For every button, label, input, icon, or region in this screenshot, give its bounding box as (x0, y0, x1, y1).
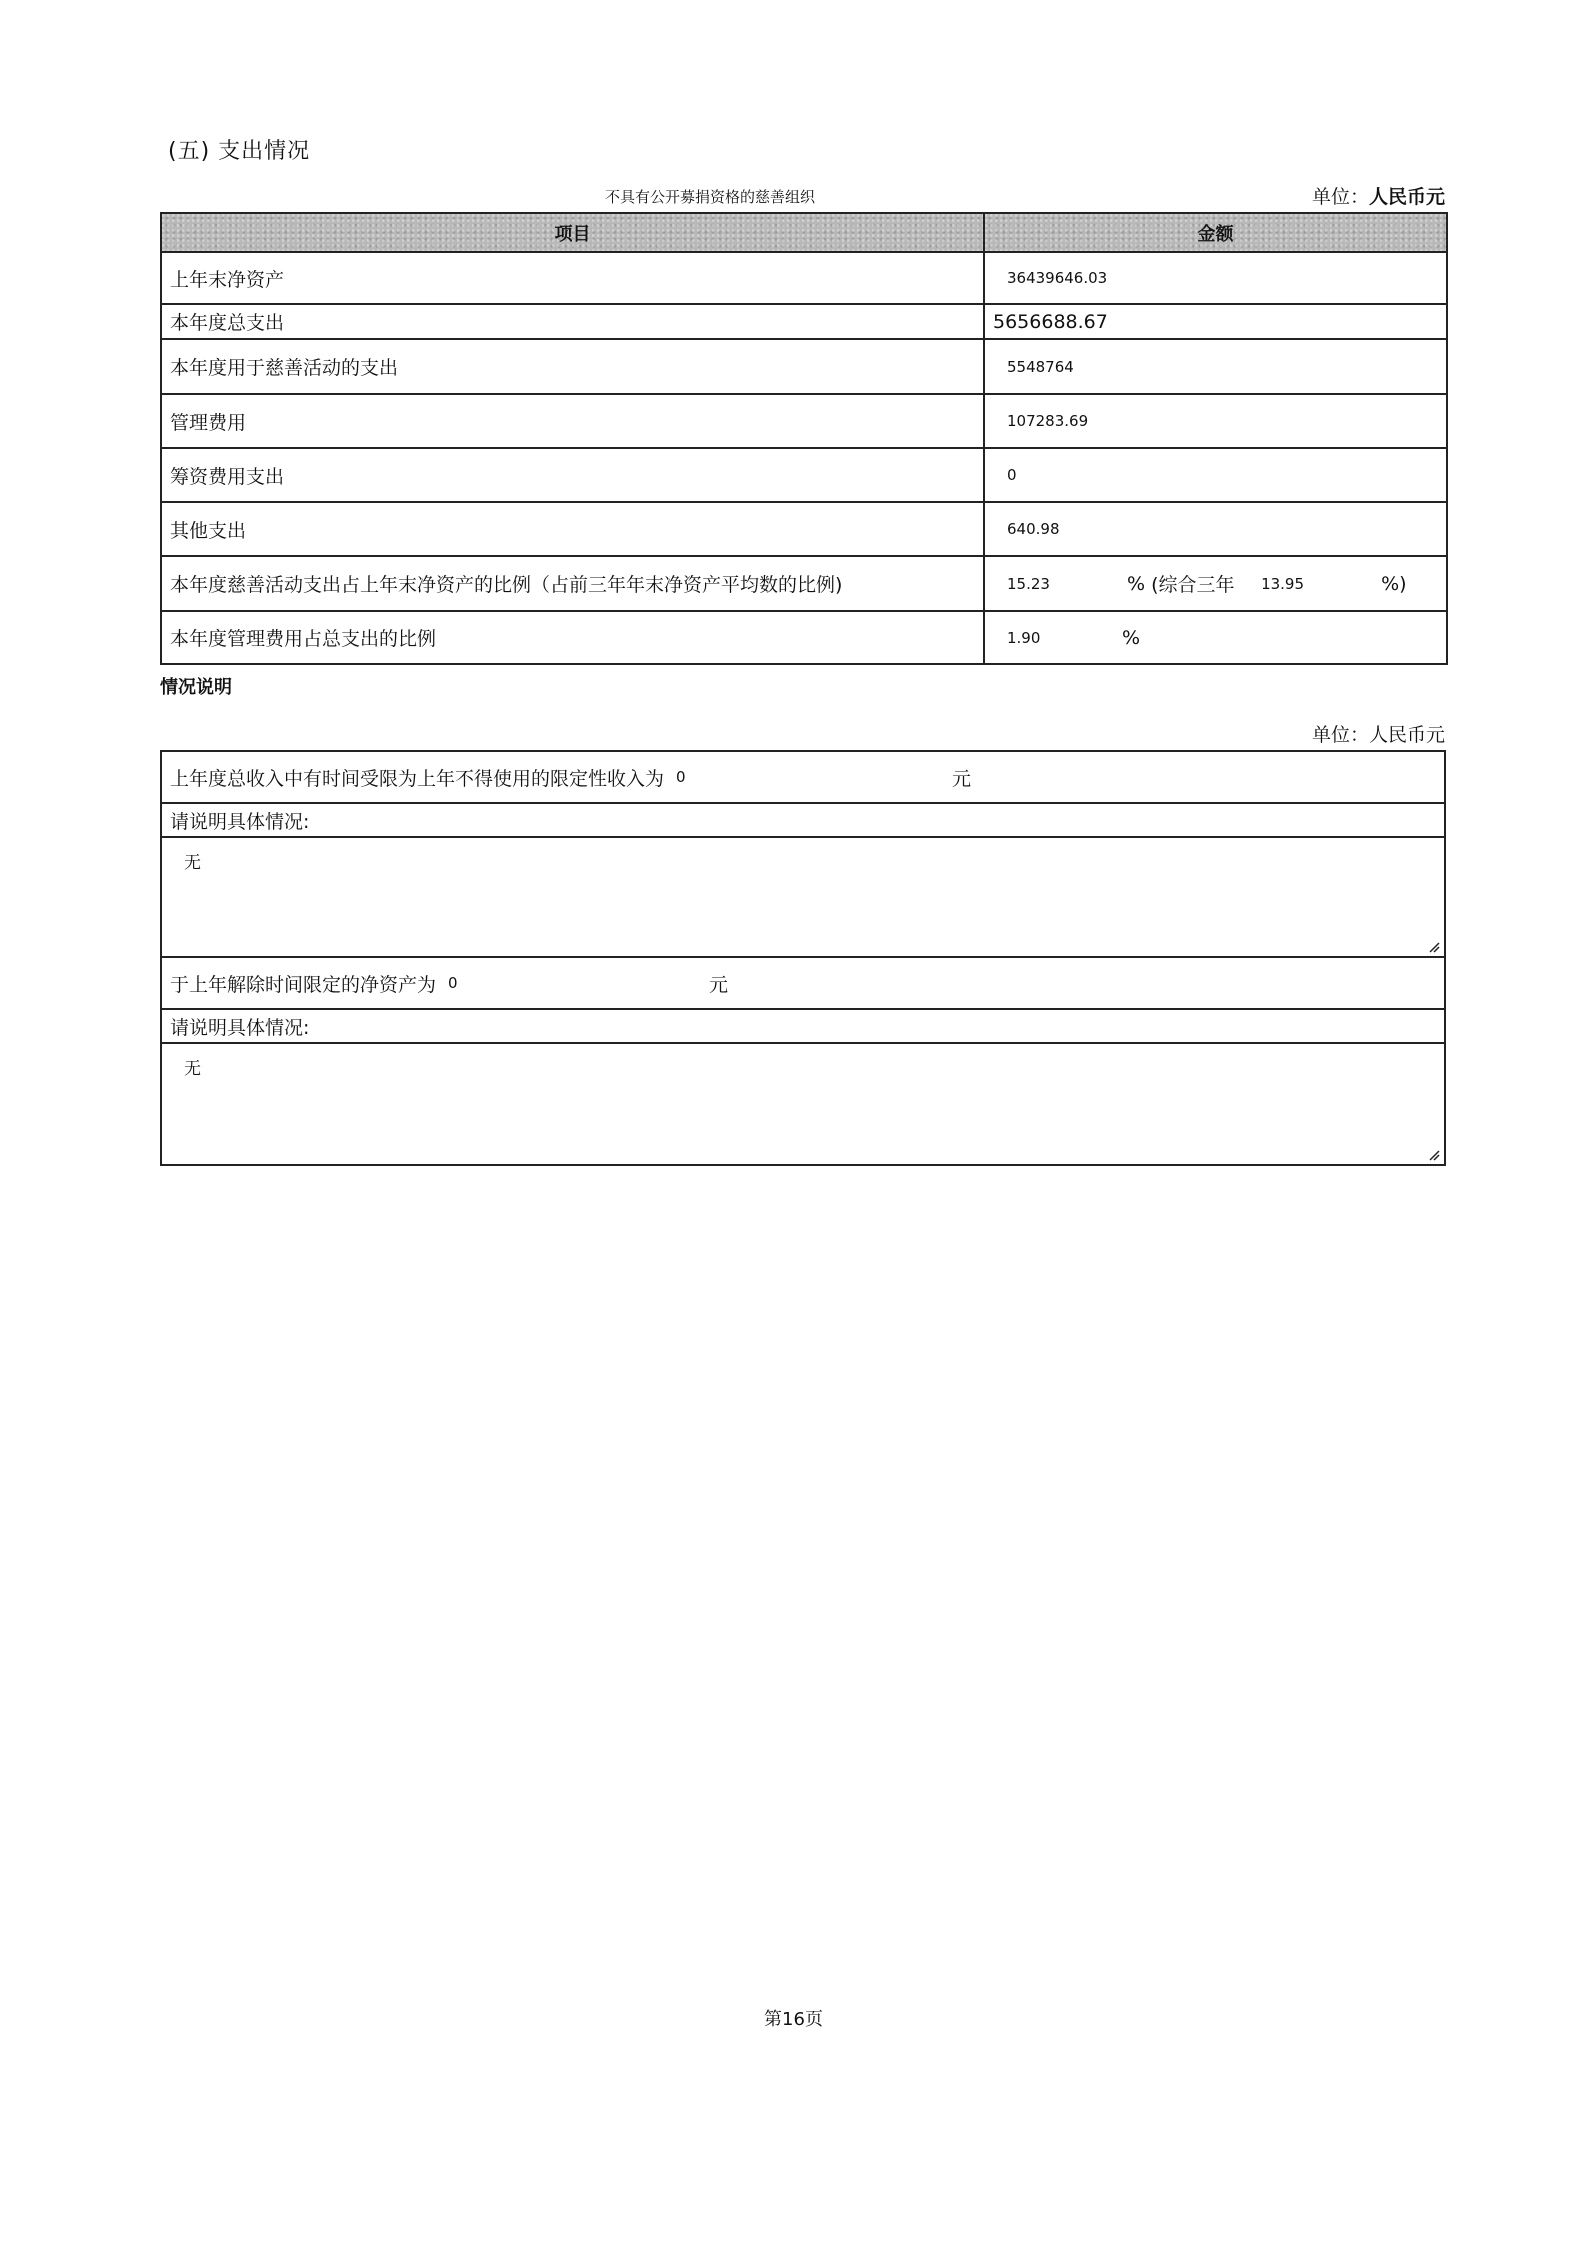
header-amount: 金额 (984, 213, 1447, 252)
row-value: 5548764 (984, 339, 1447, 394)
row-value: 5656688.67 (984, 304, 1447, 339)
released-assets-value[interactable]: 0 (448, 974, 458, 992)
row-value: 640.98 (984, 502, 1447, 556)
released-assets-ask: 请说明具体情况: (162, 1010, 1444, 1044)
page-number: 第16页 (0, 2005, 1587, 2031)
section-title: (五) 支出情况 (168, 134, 310, 165)
combined-close: %) (1381, 573, 1406, 595)
ratio-value: 15.23 (1007, 575, 1127, 593)
ratio-values: 15.23 % (综合三年 13.95 %) (1007, 570, 1438, 597)
ratio-pct-sign: % (1127, 573, 1145, 595)
row-value: 0 (984, 448, 1447, 502)
row-label: 管理费用 (161, 394, 984, 448)
currency-label: 元 (952, 764, 971, 791)
org-type-caption: 不具有公开募捐资格的慈善组织 (605, 186, 815, 207)
unit-label: 单位：人民币元 (1312, 182, 1445, 209)
table-row: 本年度总支出 5656688.67 (161, 304, 1447, 339)
row-label: 本年度用于慈善活动的支出 (161, 339, 984, 394)
limited-income-detail: 无 (184, 848, 201, 873)
row-label: 其他支出 (161, 502, 984, 556)
released-assets-row: 于上年解除时间限定的净资产为 0 元 (162, 958, 1444, 1010)
table-row: 筹资费用支出 0 (161, 448, 1447, 502)
row-label: 本年度慈善活动支出占上年末净资产的比例（占前三年年末净资产平均数的比例) (161, 556, 984, 611)
table-row-mgmt-ratio: 本年度管理费用占总支出的比例 1.90 % (161, 611, 1447, 664)
mgmt-ratio-values: 1.90 % (1007, 627, 1438, 649)
row-value: 36439646.03 (984, 252, 1447, 304)
released-assets-detail-textarea[interactable]: 无 (162, 1044, 1444, 1164)
expenditure-table: 项目 金额 上年末净资产 36439646.03 本年度总支出 5656688.… (160, 212, 1448, 665)
released-assets-label: 于上年解除时间限定的净资产为 (170, 970, 436, 997)
currency-label: 元 (709, 970, 728, 997)
table-header-row: 项目 金额 (161, 213, 1447, 252)
row-label: 筹资费用支出 (161, 448, 984, 502)
limited-income-value[interactable]: 0 (676, 768, 686, 786)
table-row: 其他支出 640.98 (161, 502, 1447, 556)
row-label: 上年末净资产 (161, 252, 984, 304)
row-label: 本年度管理费用占总支出的比例 (161, 611, 984, 664)
header-item: 项目 (161, 213, 984, 252)
resize-handle-icon[interactable] (1428, 1149, 1440, 1161)
table-row: 本年度用于慈善活动的支出 5548764 (161, 339, 1447, 394)
unit-label-value: 人民币元 (1369, 186, 1445, 208)
released-assets-detail: 无 (184, 1054, 201, 1079)
explanation-form: 上年度总收入中有时间受限为上年不得使用的限定性收入为 0 元 请说明具体情况: … (160, 750, 1446, 1166)
mgmt-pct-sign: % (1122, 627, 1140, 649)
combined-label: (综合三年 (1151, 570, 1261, 597)
table-row: 管理费用 107283.69 (161, 394, 1447, 448)
limited-income-label: 上年度总收入中有时间受限为上年不得使用的限定性收入为 (170, 764, 664, 791)
table-row-charity-ratio: 本年度慈善活动支出占上年末净资产的比例（占前三年年末净资产平均数的比例) 15.… (161, 556, 1447, 611)
explain-title: 情况说明 (160, 673, 232, 699)
row-value: 107283.69 (984, 394, 1447, 448)
unit-label-2: 单位：人民币元 (1312, 720, 1445, 747)
limited-income-detail-textarea[interactable]: 无 (162, 838, 1444, 958)
resize-handle-icon[interactable] (1428, 941, 1440, 953)
limited-income-ask: 请说明具体情况: (162, 804, 1444, 838)
row-label: 本年度总支出 (161, 304, 984, 339)
mgmt-ratio-value: 1.90 (1007, 629, 1122, 647)
unit-label-prefix: 单位： (1312, 186, 1369, 208)
limited-income-row: 上年度总收入中有时间受限为上年不得使用的限定性收入为 0 元 (162, 752, 1444, 804)
table-row: 上年末净资产 36439646.03 (161, 252, 1447, 304)
combined-value: 13.95 (1261, 575, 1381, 593)
